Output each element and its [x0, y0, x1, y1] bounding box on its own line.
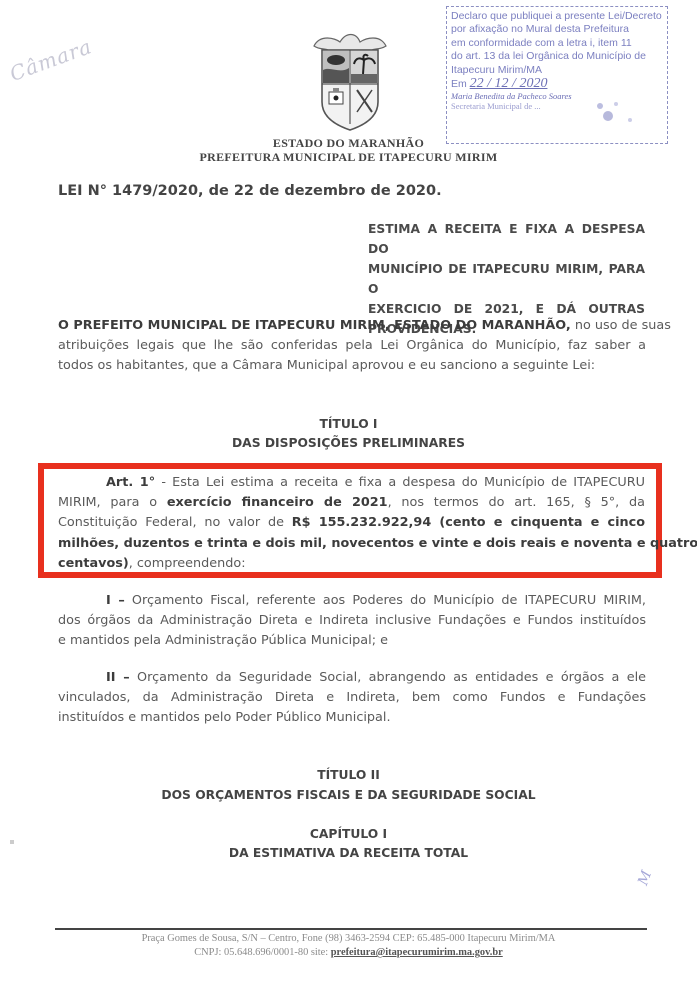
item-text: e mantidos pela Administração Pública Mu…: [58, 631, 646, 651]
footer-email-link[interactable]: prefeitura@itapecurumirim.ma.gov.br: [331, 947, 503, 958]
stamp-line: Declaro que publiquei a presente Lei/Dec…: [451, 10, 663, 23]
preamble-paragraph: O PREFEITO MUNICIPAL DE ITAPECURU MIRIM,…: [58, 316, 646, 377]
stamp-date: 22 / 12 / 2020: [470, 76, 548, 91]
title-1-name: DAS DISPOSIÇÕES PRELIMINARES: [0, 436, 697, 450]
chapter-1-label: CAPÍTULO I: [0, 827, 697, 841]
title-2-label: TÍTULO II: [0, 768, 697, 782]
header-state: ESTADO DO MARANHÃO: [0, 136, 697, 151]
preamble-text: no uso de suas: [571, 318, 671, 333]
preamble-authority: O PREFEITO MUNICIPAL DE ITAPECURU MIRIM,…: [58, 318, 571, 333]
scan-speck: [10, 840, 14, 844]
law-title: LEI N° 1479/2020, de 22 de dezembro de 2…: [58, 183, 442, 199]
budget-amount-words: milhões, duzentos e trinta e dois mil, n…: [58, 534, 645, 554]
stamp-date-row: Em 22 / 12 / 2020: [451, 77, 663, 91]
item-1-paragraph: I – Orçamento Fiscal, referente aos Pode…: [58, 591, 646, 652]
title-2-name: DOS ORÇAMENTOS FISCAIS E DA SEGURIDADE S…: [0, 788, 697, 802]
stamp-line: por afixação no Mural desta Prefeitura: [451, 23, 663, 36]
title-1-label: TÍTULO I: [0, 417, 697, 431]
coat-of-arms-icon: [300, 28, 400, 133]
handwritten-note: Câmara: [6, 34, 95, 86]
item-label: II –: [106, 670, 130, 685]
article-text: MIRIM, para o: [58, 495, 167, 510]
stamp-date-prefix: Em: [451, 78, 467, 90]
budget-amount-words: centavos): [58, 556, 129, 571]
handwritten-initials: M: [635, 869, 655, 888]
item-text: dos órgãos da Administração Direta e Ind…: [58, 611, 646, 631]
summary-line: MUNICÍPIO DE ITAPECURU MIRIM, PARA O: [368, 259, 645, 299]
article-label: Art. 1°: [106, 475, 155, 490]
footer-divider: [55, 928, 647, 930]
preamble-text: todos os habitantes, que a Câmara Munici…: [58, 356, 646, 376]
article-text: , nos termos do art. 165, § 5°, da: [388, 495, 645, 510]
item-text: instituídos e mantidos pelo Poder Públic…: [58, 708, 646, 728]
preamble-text: atribuições legais que lhe são conferida…: [58, 336, 646, 356]
footer-cnpj: CNPJ: 05.648.696/0001-80 site:: [194, 947, 331, 958]
ink-blot-icon: [590, 92, 650, 132]
chapter-1-name: DA ESTIMATIVA DA RECEITA TOTAL: [0, 846, 697, 860]
article-1-paragraph: Art. 1° - Esta Lei estima a receita e fi…: [58, 473, 645, 574]
article-text: - Esta Lei estima a receita e fixa a des…: [155, 475, 645, 490]
fiscal-year: exercício financeiro de 2021: [167, 495, 388, 510]
stamp-line: do art. 13 da lei Orgânica do Município …: [451, 50, 663, 63]
summary-line: ESTIMA A RECEITA E FIXA A DESPESA DO: [368, 219, 645, 259]
item-text: Orçamento da Seguridade Social, abrangen…: [130, 670, 646, 685]
footer-address: Praça Gomes de Sousa, S/N – Centro, Fone…: [0, 933, 697, 944]
footer-contact: CNPJ: 05.648.696/0001-80 site: prefeitur…: [0, 947, 697, 958]
item-text: vinculados, da Administração Direta e In…: [58, 688, 646, 708]
item-text: Orçamento Fiscal, referente aos Poderes …: [125, 593, 646, 608]
item-2-paragraph: II – Orçamento da Seguridade Social, abr…: [58, 668, 646, 729]
article-text: , compreendendo:: [129, 556, 246, 571]
budget-amount: R$ 155.232.922,94 (cento e cinquenta e c…: [292, 515, 645, 530]
item-label: I –: [106, 593, 125, 608]
stamp-line: em conformidade com a letra i, item 11: [451, 37, 663, 50]
header-prefecture: PREFEITURA MUNICIPAL DE ITAPECURU MIRIM: [0, 150, 697, 165]
stamp-line: Itapecuru Mirim/MA: [451, 64, 663, 77]
article-text: Constituição Federal, no valor de: [58, 515, 292, 530]
